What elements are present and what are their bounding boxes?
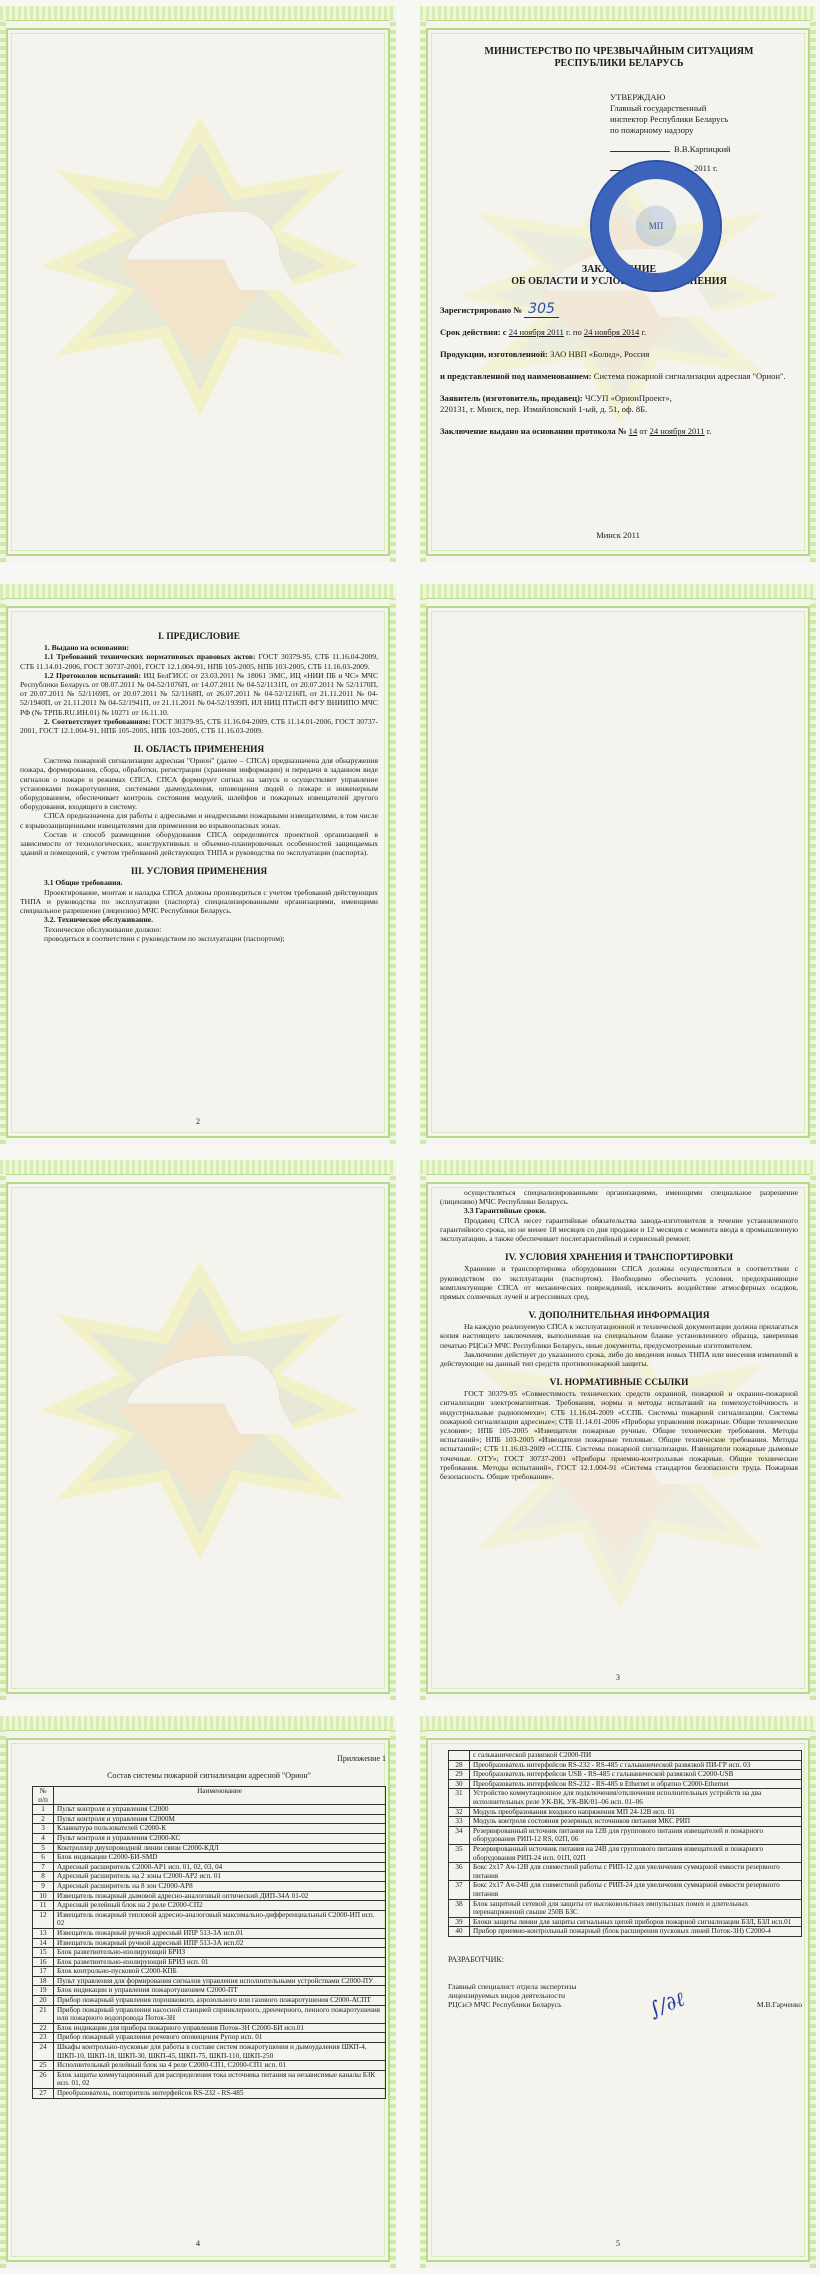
- row-name: Адресный расширитель на 2 зоны С2000-АР2…: [54, 1872, 386, 1882]
- row-number: 28: [449, 1760, 470, 1770]
- row-number: 8: [33, 1872, 54, 1882]
- row-number: 24: [33, 2043, 54, 2061]
- table-row: 16Блок разветвительно-изолирующий БРИЗ и…: [33, 1957, 386, 1967]
- section-1-heading: I. ПРЕДИСЛОВИЕ: [20, 632, 378, 642]
- row-number: 27: [33, 2089, 54, 2099]
- row-name: Преобразователь интерфейсов RS-232 - RS-…: [470, 1760, 802, 1770]
- table-row: 37Бокс 2х17 Ач-24В для совместной работы…: [449, 1881, 802, 1899]
- developer-name: М.В.Гарченко: [757, 2000, 802, 2009]
- row-name: Преобразователь интерфейсов RS-232 - RS-…: [470, 1779, 802, 1789]
- protocol-field: Заключение выдано на основании протокола…: [440, 426, 798, 437]
- section-3-heading: III. УСЛОВИЯ ПРИМЕНЕНИЯ: [20, 867, 378, 877]
- table-row: 17Блок контрольно-пусковой С2000-КПБ: [33, 1967, 386, 1977]
- page-3: осуществляться специализированными орган…: [420, 1160, 816, 1700]
- table-row: 27Преобразователь, повторитель интерфейс…: [33, 2089, 386, 2099]
- row-name: Извещатель пожарный тепловой адресно-ана…: [54, 1910, 386, 1928]
- row-number: 40: [449, 1927, 470, 1937]
- row-number: 29: [449, 1770, 470, 1780]
- table-row: 38Блок защитный сетевой для защиты от вы…: [449, 1899, 802, 1917]
- table-row: 25Исполнительный релейный блок на 4 реле…: [33, 2061, 386, 2071]
- row-name: Модуль преобразования входного напряжени…: [470, 1807, 802, 1817]
- row-number: 35: [449, 1844, 470, 1862]
- table-row: 24Шкафы контрольно-пусковые для работы в…: [33, 2043, 386, 2061]
- table-row: 21Прибор пожарный управления насосной ст…: [33, 2005, 386, 2023]
- row-name: Пульт контроля и управления С2000М: [54, 1814, 386, 1824]
- row-name: Преобразователь интерфейсов USB - RS-485…: [470, 1770, 802, 1780]
- handwritten-signature-icon: ∫∕∂ℓ: [648, 1994, 685, 2015]
- table-row: 13Извещатель пожарный ручной адресный ИП…: [33, 1928, 386, 1938]
- table-row: 7Адресный расширитель С2000-АР1 исп. 01,…: [33, 1862, 386, 1872]
- table-row: 8Адресный расширитель на 2 зоны С2000-АР…: [33, 1872, 386, 1882]
- row-number: 38: [449, 1899, 470, 1917]
- table-row: 6Блок индикации С2000-БИ-SMD: [33, 1853, 386, 1863]
- row-name: Пульт управления для формирования сигнал…: [54, 1976, 386, 1986]
- table-row: с гальванической развязкой С2000-ПИ: [449, 1751, 802, 1761]
- row-name: Прибор приемно-контрольный пожарный (бло…: [470, 1927, 802, 1937]
- row-number: 37: [449, 1881, 470, 1899]
- table-row: 26Блок защиты коммутационный для распред…: [33, 2070, 386, 2088]
- row-name: Бокс 2х17 Ач-12В для совместной работы с…: [470, 1863, 802, 1881]
- table-row: 18Пульт управления для формирования сигн…: [33, 1976, 386, 1986]
- table-row: 32Модуль преобразования входного напряже…: [449, 1807, 802, 1817]
- official-stamp-icon: МП: [590, 160, 722, 292]
- row-name: с гальванической развязкой С2000-ПИ: [470, 1751, 802, 1761]
- row-number: 23: [33, 2033, 54, 2043]
- table-row: 10Извещатель пожарный дымовой адресно-ан…: [33, 1891, 386, 1901]
- table-row: 9Адресный расширитель на 8 зон С2000-АР8: [33, 1881, 386, 1891]
- row-name: Прибор пожарный управления насосной стан…: [54, 2005, 386, 2023]
- components-table: № п/п Наименование 1Пульт контроля и упр…: [32, 1786, 386, 2099]
- row-name: Блок индикации С2000-БИ-SMD: [54, 1853, 386, 1863]
- row-number: 10: [33, 1891, 54, 1901]
- table-row: 33Модуль контроля состояния резервных ис…: [449, 1817, 802, 1827]
- row-name: Устройство коммутационное для подключени…: [470, 1789, 802, 1807]
- section-2-heading: II. ОБЛАСТЬ ПРИМЕНЕНИЯ: [20, 745, 378, 755]
- table-row: 2Пульт контроля и управления С2000М: [33, 1814, 386, 1824]
- row-number: 21: [33, 2005, 54, 2023]
- developer-signature-block: Главный специалист отдела экспертизы лиц…: [448, 1982, 802, 2009]
- row-number: 12: [33, 1910, 54, 1928]
- page-title: МИНИСТЕРСТВО ПО ЧРЕЗВЫЧАЙНЫМ СИТУАЦИЯМ Р…: [420, 6, 816, 562]
- table-row: 3Клавиатура пользователей С2000-К: [33, 1824, 386, 1834]
- row-name: Адресный релейный блок на 2 реле С2000-С…: [54, 1901, 386, 1911]
- row-number: 26: [33, 2070, 54, 2088]
- row-name: Резервированный источник питания на 24В …: [470, 1844, 802, 1862]
- row-name: Модуль контроля состояния резервных исто…: [470, 1817, 802, 1827]
- table-row: 1Пульт контроля и управления С2000: [33, 1805, 386, 1815]
- manufacturer-field: Продукции, изготовленной: ЗАО НВП «Болид…: [440, 349, 798, 360]
- table-row: 20Прибор пожарный управления порошкового…: [33, 1996, 386, 2006]
- registration-field: Зарегистрировано № 305: [440, 304, 798, 316]
- page-2: I. ПРЕДИСЛОВИЕ 1. Выдано на основании: 1…: [0, 584, 396, 1144]
- page-cover-emblem: [0, 6, 396, 562]
- row-name: Шкафы контрольно-пусковые для работы в с…: [54, 2043, 386, 2061]
- row-number: 17: [33, 1967, 54, 1977]
- table-row: 5Контроллер двухпроводной линии связи С2…: [33, 1843, 386, 1853]
- table-row: 15Блок разветвительно-изолирующий БРИЗ: [33, 1948, 386, 1958]
- row-number: 31: [449, 1789, 470, 1807]
- row-name: Пульт контроля и управления С2000-КС: [54, 1833, 386, 1843]
- row-name: Блок индикации для прибора пожарного упр…: [54, 2023, 386, 2033]
- table-row: 22Блок индикации для прибора пожарного у…: [33, 2023, 386, 2033]
- row-name: Блок разветвительно-изолирующий БРИЗ исп…: [54, 1957, 386, 1967]
- column-header-name: Наименование: [54, 1787, 386, 1805]
- ministry-header: МИНИСТЕРСТВО ПО ЧРЕЗВЫЧАЙНЫМ СИТУАЦИЯМ Р…: [440, 46, 798, 70]
- row-name: Преобразователь, повторитель интерфейсов…: [54, 2089, 386, 2099]
- page-5-appendix: с гальванической развязкой С2000-ПИ28Пре…: [420, 1716, 816, 2268]
- row-name: Резервированный источник питания на 12В …: [470, 1826, 802, 1844]
- row-name: Прибор пожарный управления порошкового, …: [54, 1996, 386, 2006]
- row-name: Извещатель пожарный ручной адресный ИПР …: [54, 1938, 386, 1948]
- page-number: 3: [420, 1673, 816, 1682]
- page-number: 2: [0, 1117, 396, 1126]
- registration-number: 305: [524, 301, 559, 318]
- row-name: Блок защитный сетевой для защиты от высо…: [470, 1899, 802, 1917]
- page-4-appendix: Приложение 1 Состав системы пожарной сиг…: [0, 1716, 396, 2268]
- table-row: 30Преобразователь интерфейсов RS-232 - R…: [449, 1779, 802, 1789]
- row-number: 9: [33, 1881, 54, 1891]
- row-number: 2: [33, 1814, 54, 1824]
- row-name: Блок индикации и управления пожаротушени…: [54, 1986, 386, 1996]
- row-number: 7: [33, 1862, 54, 1872]
- signature-line: [610, 151, 670, 152]
- table-title: Состав системы пожарной сигнализации адр…: [32, 1771, 386, 1780]
- row-number: 34: [449, 1826, 470, 1844]
- page-number: 4: [0, 2239, 396, 2248]
- row-number: 14: [33, 1938, 54, 1948]
- row-number: 33: [449, 1817, 470, 1827]
- section-5-heading: V. ДОПОЛНИТЕЛЬНАЯ ИНФОРМАЦИЯ: [440, 1311, 798, 1321]
- row-number: 39: [449, 1917, 470, 1927]
- table-row: 23Прибор пожарный управления речевого оп…: [33, 2033, 386, 2043]
- row-name: Прибор пожарный управления речевого опов…: [54, 2033, 386, 2043]
- table-row: 4Пульт контроля и управления С2000-КС: [33, 1833, 386, 1843]
- row-number: 22: [33, 2023, 54, 2033]
- validity-field: Срок действия: с 24 ноября 2011 г. по 24…: [440, 327, 798, 338]
- table-row: 12Извещатель пожарный тепловой адресно-а…: [33, 1910, 386, 1928]
- row-number: 6: [33, 1853, 54, 1863]
- applicant-field: Заявитель (изготовитель, продавец): ЧСУП…: [440, 393, 798, 415]
- row-number: 5: [33, 1843, 54, 1853]
- row-name: Исполнительный релейный блок на 4 реле С…: [54, 2061, 386, 2071]
- row-name: Блок контрольно-пусковой С2000-КПБ: [54, 1967, 386, 1977]
- table-row: 19Блок индикации и управления пожаротуше…: [33, 1986, 386, 1996]
- row-number: 36: [449, 1863, 470, 1881]
- row-name: Адресный расширитель на 8 зон С2000-АР8: [54, 1881, 386, 1891]
- section-6-heading: VI. НОРМАТИВНЫЕ ССЫЛКИ: [440, 1378, 798, 1388]
- approver-name: В.В.Карпицкий: [674, 144, 731, 154]
- table-row: 14Извещатель пожарный ручной адресный ИП…: [33, 1938, 386, 1948]
- page-blank: [420, 584, 816, 1144]
- row-number: 30: [449, 1779, 470, 1789]
- row-name: Бокс 2х17 Ач-24В для совместной работы с…: [470, 1881, 802, 1899]
- row-name: Пульт контроля и управления С2000: [54, 1805, 386, 1815]
- row-number: 4: [33, 1833, 54, 1843]
- column-header-number: № п/п: [33, 1787, 54, 1805]
- table-row: 11Адресный релейный блок на 2 реле С2000…: [33, 1901, 386, 1911]
- table-row: 36Бокс 2х17 Ач-12В для совместной работы…: [449, 1863, 802, 1881]
- row-number: 13: [33, 1928, 54, 1938]
- row-number: 32: [449, 1807, 470, 1817]
- table-row: 31Устройство коммутационное для подключе…: [449, 1789, 802, 1807]
- components-table-continued: с гальванической развязкой С2000-ПИ28Пре…: [448, 1750, 802, 1937]
- row-number: 25: [33, 2061, 54, 2071]
- table-row: 35Резервированный источник питания на 24…: [449, 1844, 802, 1862]
- row-name: Извещатель пожарный дымовой адресно-анал…: [54, 1891, 386, 1901]
- table-row: 29Преобразователь интерфейсов USB - RS-4…: [449, 1770, 802, 1780]
- section-4-heading: IV. УСЛОВИЯ ХРАНЕНИЯ И ТРАНСПОРТИРОВКИ: [440, 1253, 798, 1263]
- table-row: 39Блоки защиты линии для защиты сигнальн…: [449, 1917, 802, 1927]
- row-name: Извещатель пожарный ручной адресный ИПР …: [54, 1928, 386, 1938]
- developer-label: РАЗРАБОТЧИК:: [448, 1955, 802, 1964]
- table-row: 34Резервированный источник питания на 12…: [449, 1826, 802, 1844]
- mchs-emblem-watermark-icon: [40, 116, 360, 416]
- row-name: Адресный расширитель С2000-АР1 исп. 01, …: [54, 1862, 386, 1872]
- row-name: Клавиатура пользователей С2000-К: [54, 1824, 386, 1834]
- appendix-label: Приложение 1: [32, 1754, 386, 1763]
- table-row: 40Прибор приемно-контрольный пожарный (б…: [449, 1927, 802, 1937]
- page-number: 5: [420, 2239, 816, 2248]
- row-number: 16: [33, 1957, 54, 1967]
- row-name: Контроллер двухпроводной линии связи С20…: [54, 1843, 386, 1853]
- row-number: 11: [33, 1901, 54, 1911]
- table-row: 28Преобразователь интерфейсов RS-232 - R…: [449, 1760, 802, 1770]
- mchs-emblem-watermark-icon: [40, 1260, 360, 1560]
- row-number: 15: [33, 1948, 54, 1958]
- page-emblem: [0, 1160, 396, 1700]
- row-number: 20: [33, 1996, 54, 2006]
- product-name-field: и представленной под наименованием: Сист…: [440, 371, 798, 382]
- row-number: 3: [33, 1824, 54, 1834]
- row-number: [449, 1751, 470, 1761]
- row-number: 19: [33, 1986, 54, 1996]
- city-year: Минск 2011: [420, 530, 816, 540]
- row-number: 1: [33, 1805, 54, 1815]
- row-number: 18: [33, 1976, 54, 1986]
- row-name: Блок разветвительно-изолирующий БРИЗ: [54, 1948, 386, 1958]
- row-name: Блок защиты коммутационный для распредел…: [54, 2070, 386, 2088]
- row-name: Блоки защиты линии для защиты сигнальных…: [470, 1917, 802, 1927]
